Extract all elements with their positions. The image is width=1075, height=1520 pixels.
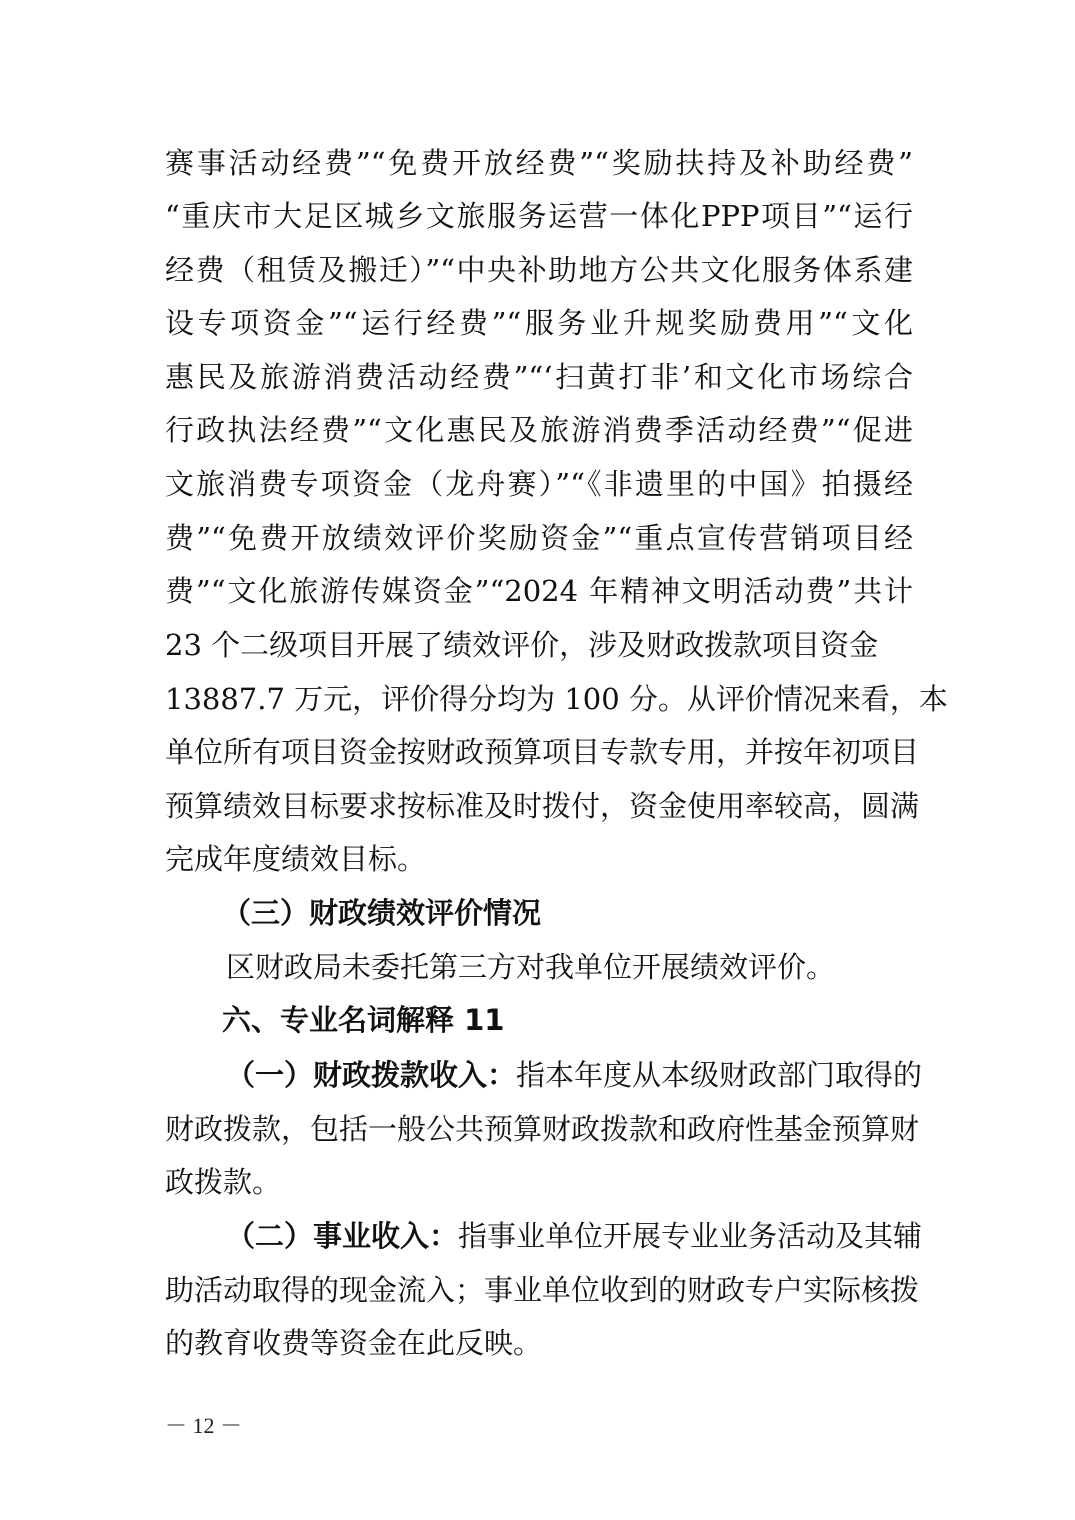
paragraph-line: 13887.7 万元，评价得分均为 100 分。从评价情况来看，本 bbox=[165, 679, 913, 719]
section-heading-glossary: 六、专业名词解释 11 bbox=[222, 1000, 913, 1040]
paragraph-line: “重庆市大足区城乡文旅服务运营一体化PPP项目”“运行 bbox=[165, 196, 913, 236]
section-heading-financial-evaluation: （三）财政绩效评价情况 bbox=[222, 893, 913, 933]
paragraph-line: 单位所有项目资金按财政预算项目专款专用，并按年初项目 bbox=[165, 732, 913, 772]
paragraph-line: 设专项资金”“运行经费”“服务业升规奖励费用”“文化 bbox=[165, 303, 913, 343]
term-definition-line: 助活动取得的现金流入；事业单位收到的财政专户实际核拨 bbox=[165, 1270, 913, 1310]
paragraph-line: 行政执法经费”“文化惠民及旅游消费季活动经费”“促进 bbox=[165, 410, 913, 450]
paragraph-line: 赛事活动经费”“免费开放经费”“奖励扶持及补助经费” bbox=[165, 143, 913, 183]
term-label-operating-income: （二）事业收入： bbox=[226, 1219, 458, 1253]
paragraph-line: 经费（租赁及搬迁）”“中央补助地方公共文化服务体系建 bbox=[165, 250, 913, 290]
section-body-financial-evaluation: 区财政局未委托第三方对我单位开展绩效评价。 bbox=[226, 947, 913, 987]
paragraph-line: 23 个二级项目开展了绩效评价，涉及财政拨款项目资金 bbox=[165, 625, 913, 665]
document-page: 赛事活动经费”“免费开放经费”“奖励扶持及补助经费” “重庆市大足区城乡文旅服务… bbox=[0, 0, 1075, 1520]
term-fiscal-appropriation-line: （一）财政拨款收入：指本年度从本级财政部门取得的 bbox=[226, 1055, 913, 1095]
term-definition-line: 财政拨款，包括一般公共预算财政拨款和政府性基金预算财 bbox=[165, 1109, 913, 1149]
term-operating-income-line: （二）事业收入：指事业单位开展专业业务活动及其辅 bbox=[226, 1216, 913, 1256]
paragraph-line: 完成年度绩效目标。 bbox=[165, 839, 913, 879]
term-definition-line: 的教育收费等资金在此反映。 bbox=[165, 1323, 913, 1363]
paragraph-line: 费”“文化旅游传媒资金”“2024 年精神文明活动费”共计 bbox=[165, 571, 913, 611]
paragraph-line: 惠民及旅游消费活动经费”“‘扫黄打非’和文化市场综合 bbox=[165, 357, 913, 397]
paragraph-line: 费”“免费开放绩效评价奖励资金”“重点宣传营销项目经 bbox=[165, 518, 913, 558]
paragraph-line: 文旅消费专项资金（龙舟赛）”“《非遗里的中国》拍摄经 bbox=[165, 464, 913, 504]
term-definition-start: 指事业单位开展专业业务活动及其辅 bbox=[458, 1219, 922, 1253]
term-label-fiscal-appropriation: （一）财政拨款收入： bbox=[226, 1058, 516, 1092]
term-definition-line: 政拨款。 bbox=[165, 1162, 913, 1202]
term-definition-start: 指本年度从本级财政部门取得的 bbox=[516, 1058, 922, 1092]
page-number: － 12 － bbox=[165, 1409, 242, 1440]
paragraph-line: 预算绩效目标要求按标准及时拨付，资金使用率较高，圆满 bbox=[165, 786, 913, 826]
